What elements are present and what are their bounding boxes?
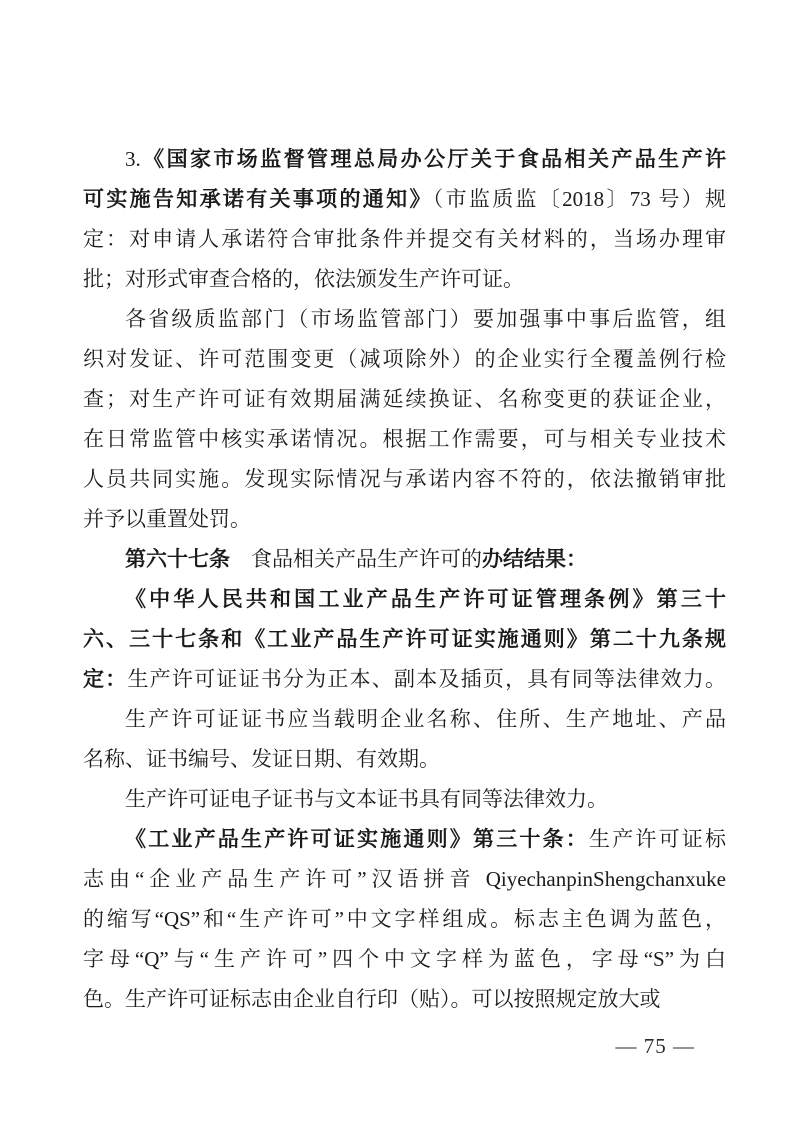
paragraph: 生产许可证证书应当载明企业名称、住所、生产地址、产品名称、证书编号、发证日期、有… <box>83 699 726 779</box>
text-segment: 人员共同实施。发现实际情况与承诺内容不符的，依法撤销审批 <box>83 467 726 491</box>
bold-text-segment: 《中华人民共和国工业产品生产许可证管理条例》第三十 <box>125 587 726 611</box>
text-line: 志由“企业产品生产许可”汉语拼音 QiyechanpinShengchanxuk… <box>83 859 726 899</box>
paragraph: 第六十七条 食品相关产品生产许可的办结结果： <box>83 539 726 579</box>
text-line: 《工业产品生产许可证实施通则》第三十条：生产许可证标 <box>83 819 726 859</box>
bold-text-segment: 定： <box>83 667 127 691</box>
text-line: 生产许可证电子证书与文本证书具有同等法律效力。 <box>83 779 726 819</box>
bold-text-segment: 办结结果： <box>482 547 587 571</box>
text-line: 六、三十七条和《工业产品生产许可证实施通则》第二十九条规 <box>83 619 726 659</box>
page-footer: — 75 — <box>616 1032 696 1060</box>
document-body: 3.《国家市场监督管理总局办公厅关于食品相关产品生产许可实施告知承诺有关事项的通… <box>83 139 726 1019</box>
text-line: 并予以重置处罚。 <box>83 499 726 539</box>
text-line: 可实施告知承诺有关事项的通知》（市监质监〔2018〕73 号）规 <box>83 179 726 219</box>
text-segment: 定：对申请人承诺符合审批条件并提交有关材料的，当场办理审 <box>83 227 726 251</box>
text-segment: 色。生产许可证标志由企业自行印（贴）。可以按照规定放大或 <box>83 987 661 1011</box>
paragraph: 《中华人民共和国工业产品生产许可证管理条例》第三十六、三十七条和《工业产品生产许… <box>83 579 726 699</box>
text-segment: 字母“Q”与“生产许可”四个中文字样为蓝色，字母“S”为白 <box>83 947 726 971</box>
text-segment: 志由“企业产品生产许可”汉语拼音 QiyechanpinShengchanxuk… <box>83 867 726 891</box>
text-line: 的缩写“QS”和“生产许可”中文字样组成。标志主色调为蓝色， <box>83 899 726 939</box>
text-segment: 在日常监管中核实承诺情况。根据工作需要，可与相关专业技术 <box>83 427 726 451</box>
text-line: 《中华人民共和国工业产品生产许可证管理条例》第三十 <box>83 579 726 619</box>
text-segment: 并予以重置处罚。 <box>83 507 251 531</box>
text-segment: 各省级质监部门（市场监管部门）要加强事中事后监管，组 <box>125 307 726 331</box>
text-line: 色。生产许可证标志由企业自行印（贴）。可以按照规定放大或 <box>83 979 726 1019</box>
text-line: 3.《国家市场监督管理总局办公厅关于食品相关产品生产许 <box>83 139 726 179</box>
text-segment: 3. <box>125 147 141 171</box>
text-segment: 的缩写“QS”和“生产许可”中文字样组成。标志主色调为蓝色， <box>83 907 726 931</box>
bold-text-segment: 第六十七条 <box>125 547 230 571</box>
text-line: 织对发证、许可范围变更（减项除外）的企业实行全覆盖例行检 <box>83 339 726 379</box>
text-segment: 生产许可证证书分为正本、副本及插页，具有同等法律效力。 <box>127 667 726 691</box>
text-segment: 生产许可证电子证书与文本证书具有同等法律效力。 <box>125 787 608 811</box>
text-line: 名称、证书编号、发证日期、有效期。 <box>83 739 726 779</box>
text-line: 在日常监管中核实承诺情况。根据工作需要，可与相关专业技术 <box>83 419 726 459</box>
text-segment: 生产许可证标 <box>589 827 726 851</box>
text-segment: 食品相关产品生产许可的 <box>230 547 482 571</box>
bold-text-segment: 《国家市场监督管理总局办公厅关于食品相关产品生产许 <box>141 147 726 171</box>
document-page: 3.《国家市场监督管理总局办公厅关于食品相关产品生产许可实施告知承诺有关事项的通… <box>0 0 793 1122</box>
paragraph: 生产许可证电子证书与文本证书具有同等法律效力。 <box>83 779 726 819</box>
paragraph: 《工业产品生产许可证实施通则》第三十条：生产许可证标志由“企业产品生产许可”汉语… <box>83 819 726 1019</box>
paragraph: 各省级质监部门（市场监管部门）要加强事中事后监管，组织对发证、许可范围变更（减项… <box>83 299 726 539</box>
paragraph: 3.《国家市场监督管理总局办公厅关于食品相关产品生产许可实施告知承诺有关事项的通… <box>83 139 726 299</box>
text-line: 第六十七条 食品相关产品生产许可的办结结果： <box>83 539 726 579</box>
text-line: 定：对申请人承诺符合审批条件并提交有关材料的，当场办理审 <box>83 219 726 259</box>
text-line: 批；对形式审查合格的，依法颁发生产许可证。 <box>83 259 726 299</box>
text-segment: 名称、证书编号、发证日期、有效期。 <box>83 747 440 771</box>
page-number: — 75 — <box>616 1034 696 1058</box>
bold-text-segment: 六、三十七条和《工业产品生产许可证实施通则》第二十九条规 <box>83 627 726 651</box>
bold-text-segment: 可实施告知承诺有关事项的通知》 <box>83 187 433 211</box>
bold-text-segment: 《工业产品生产许可证实施通则》第三十条： <box>125 827 589 851</box>
text-segment: 查；对生产许可证有效期届满延续换证、名称变更的获证企业， <box>83 387 726 411</box>
text-segment: 批；对形式审查合格的，依法颁发生产许可证。 <box>83 267 524 291</box>
text-segment: （市监质监〔2018〕73 号）规 <box>433 187 726 211</box>
text-line: 字母“Q”与“生产许可”四个中文字样为蓝色，字母“S”为白 <box>83 939 726 979</box>
text-line: 生产许可证证书应当载明企业名称、住所、生产地址、产品 <box>83 699 726 739</box>
text-line: 查；对生产许可证有效期届满延续换证、名称变更的获证企业， <box>83 379 726 419</box>
text-segment: 生产许可证证书应当载明企业名称、住所、生产地址、产品 <box>125 707 726 731</box>
text-line: 各省级质监部门（市场监管部门）要加强事中事后监管，组 <box>83 299 726 339</box>
text-line: 定：生产许可证证书分为正本、副本及插页，具有同等法律效力。 <box>83 659 726 699</box>
text-line: 人员共同实施。发现实际情况与承诺内容不符的，依法撤销审批 <box>83 459 726 499</box>
text-segment: 织对发证、许可范围变更（减项除外）的企业实行全覆盖例行检 <box>83 347 726 371</box>
